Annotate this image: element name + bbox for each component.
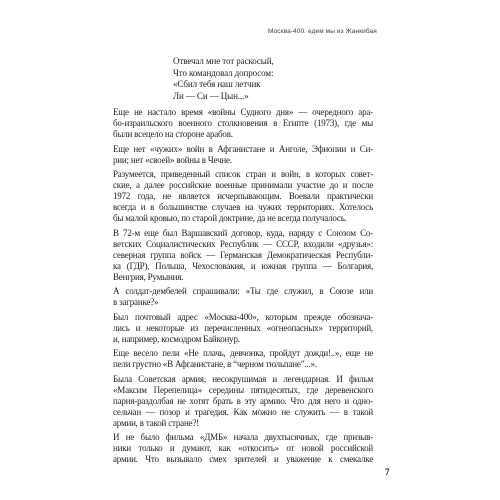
poem-line: Ли — Си — Цын...» [173, 91, 274, 103]
text-line: Разумеется, приведенный список стран и в… [113, 169, 373, 180]
text-line: ка (ГДР), Польша, Чехословакия, и южная … [113, 261, 373, 272]
paragraph: Еще нет «чужих» войн в Афганистане и Анг… [113, 144, 373, 166]
text-line: Еще не настало время «войны Судного дня»… [113, 107, 373, 118]
poem-line: «Сбил тебя наш летчик [173, 79, 274, 91]
text-line: Венгрия, Румыния. [113, 272, 373, 283]
text-line: ские, а далее российские военные принима… [113, 180, 373, 191]
poem-line: Что командовал допросом: [173, 68, 274, 80]
text-line: парня-раздолбая не хотят брать в эту арм… [113, 396, 373, 407]
text-line: были всецело на стороне арабов. [113, 129, 373, 140]
paragraph: Еще не настало время «войны Судного дня»… [113, 107, 373, 140]
text-line: всегда и в большинстве случаев на чужих … [113, 202, 373, 213]
text-line: армии, в такой стране?! [113, 418, 373, 429]
page-number: 7 [385, 467, 390, 477]
text-line: армии. Что вызывало смех зрителей и уваж… [113, 454, 373, 465]
paragraph: В 72-м еще был Варшавский договор, куда,… [113, 228, 373, 283]
poem-line: Отвечал мне тот раскосый, [173, 56, 274, 68]
text-line: Еще нет «чужих» войн в Афганистане и Анг… [113, 144, 373, 155]
poem-epigraph: Отвечал мне тот раскосый,Что командовал … [173, 56, 274, 102]
text-line: бы малой кровью, по старой доктрине, да … [113, 213, 373, 224]
paragraph: Была Советская армия, несокрушимая и лег… [113, 374, 373, 429]
text-line: рии; нет «своей» войны в Чечне. [113, 155, 373, 166]
text-line: сельчан — позор и трагедия. Как можно не… [113, 407, 373, 418]
text-line: северная группа войск — Германская Демок… [113, 250, 373, 261]
paragraph: Еще весело пели «Не плачь, девчонка, про… [113, 348, 373, 370]
paragraph: Разумеется, приведенный список стран и в… [113, 169, 373, 224]
text-line: бо-израильского военного столкновения в … [113, 118, 373, 129]
text-line: В 72-м еще был Варшавский договор, куда,… [113, 228, 373, 239]
text-line: «Максим Перепелица» середины пятидесятых… [113, 385, 373, 396]
text-line: А солдат-дембелей спрашивали: «Ты где сл… [113, 286, 373, 297]
text-line: Была Советская армия, несокрушимая и лег… [113, 374, 373, 385]
text-line: 1972 года, не является исчерпывающим. Во… [113, 191, 373, 202]
text-line: Был почтовый адрес «Москва-400», которым… [113, 312, 373, 323]
book-page: Москва-400: едем мы из Жанкибая Отвечал … [0, 0, 500, 500]
text-line: И не было фильма «ДМБ» начала двухтысячн… [113, 432, 373, 443]
text-line: пели грустно «В Афганистане, в “черном т… [113, 359, 373, 370]
paragraph: Был почтовый адрес «Москва-400», которым… [113, 312, 373, 345]
text-line: Еще весело пели «Не плачь, девчонка, про… [113, 348, 373, 359]
text-line: и, например, космодром Байконур. [113, 334, 373, 345]
text-line: лись и некоторые из перечисленных «огнео… [113, 323, 373, 334]
text-line: в загранке?» [113, 297, 373, 308]
body-text: Еще не настало время «войны Судного дня»… [113, 107, 373, 469]
paragraph: А солдат-дембелей спрашивали: «Ты где сл… [113, 286, 373, 308]
text-line: ветских Социалистических Республик — ССС… [113, 239, 373, 250]
paragraph: И не было фильма «ДМБ» начала двухтысячн… [113, 432, 373, 465]
running-head: Москва-400: едем мы из Жанкибая [268, 28, 377, 35]
text-line: ники только и думают, как «откосить» от … [113, 443, 373, 454]
